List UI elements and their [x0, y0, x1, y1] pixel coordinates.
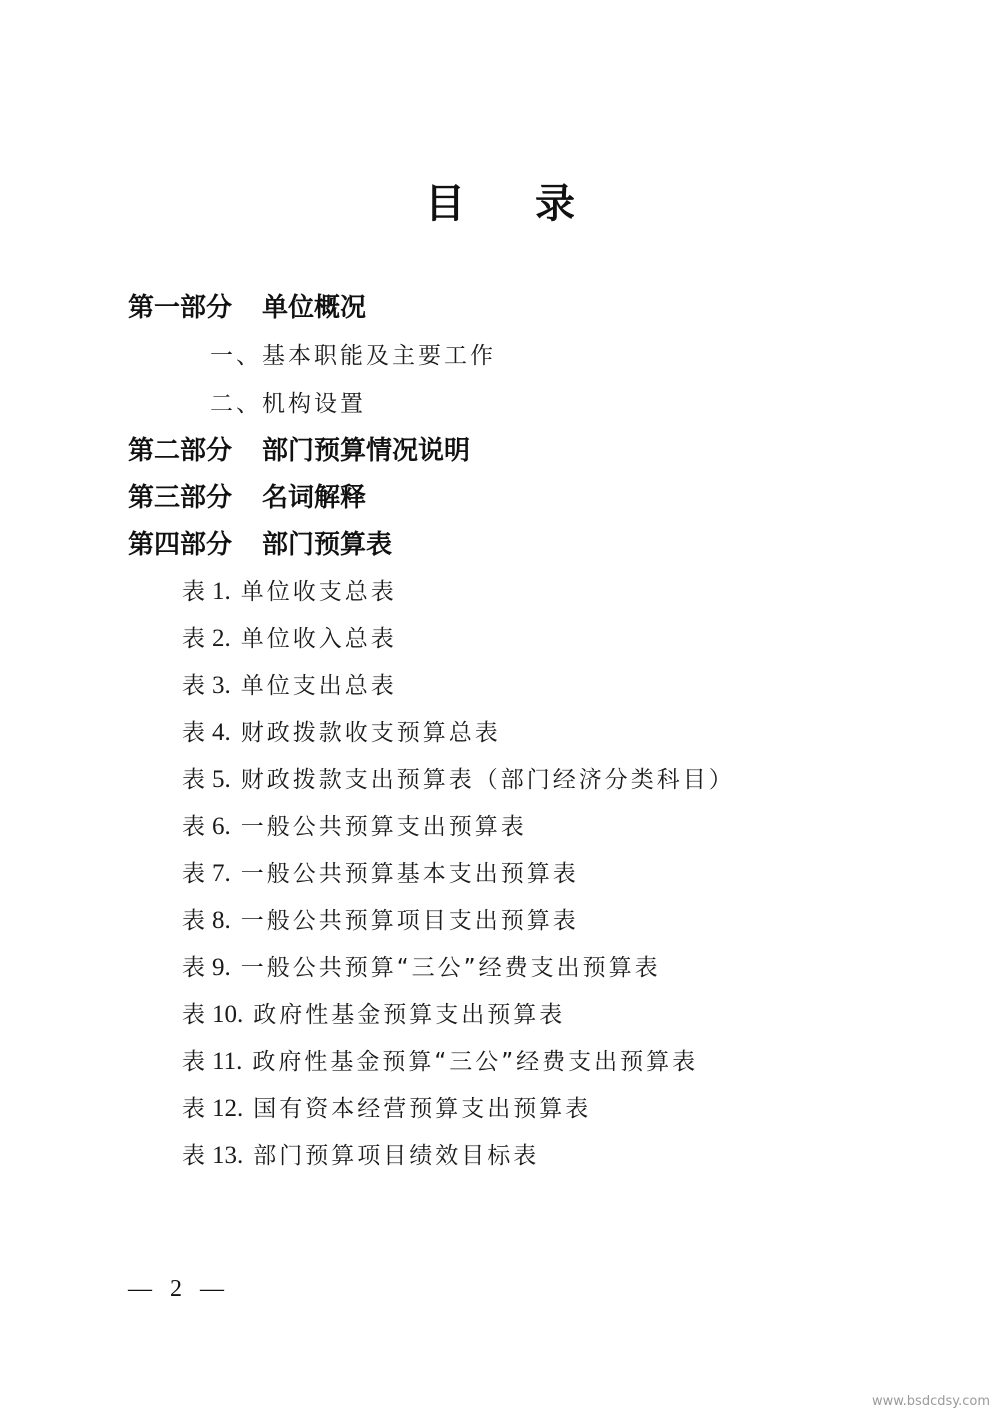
toc-table-13: 表13.部门预算项目绩效目标表 [182, 1136, 539, 1176]
table-number: 4. [212, 719, 231, 746]
table-label: 表 [182, 861, 208, 887]
toc-table-2: 表2.单位收入总表 [182, 619, 397, 659]
part-number: 第三部分 [128, 478, 262, 518]
part-title: 部门预算表 [262, 530, 392, 560]
table-number: 10. [212, 1001, 243, 1028]
part-number: 第二部分 [128, 431, 262, 471]
part-title: 单位概况 [262, 293, 366, 323]
table-label: 表 [182, 1143, 208, 1169]
page-title: 目 录 [0, 178, 1000, 230]
table-number: 2. [212, 625, 231, 652]
toc-table-9: 表9.一般公共预算“三公”经费支出预算表 [182, 948, 661, 988]
table-label: 表 [182, 955, 208, 981]
toc-subsection-2: 二、机构设置 [210, 384, 366, 424]
part-title: 名词解释 [262, 483, 366, 513]
toc-part-4: 第四部分部门预算表 [128, 525, 392, 565]
table-title: 单位收入总表 [241, 626, 397, 652]
table-title: 国有资本经营预算支出预算表 [253, 1096, 591, 1122]
page-number: — 2 — [128, 1276, 230, 1303]
toc-table-3: 表3.单位支出总表 [182, 666, 397, 706]
table-label: 表 [182, 908, 208, 934]
table-title: 财政拨款收支预算总表 [241, 720, 501, 746]
table-number: 12. [212, 1095, 243, 1122]
table-label: 表 [182, 1049, 208, 1075]
toc-table-5: 表5.财政拨款支出预算表（部门经济分类科目） [182, 760, 735, 800]
table-title: 单位收支总表 [241, 579, 397, 605]
table-number: 8. [212, 907, 231, 934]
toc-table-4: 表4.财政拨款收支预算总表 [182, 713, 501, 753]
table-title: 一般公共预算支出预算表 [241, 814, 527, 840]
toc-table-12: 表12.国有资本经营预算支出预算表 [182, 1089, 591, 1129]
watermark: www.bsdcdsy.com [872, 1394, 990, 1409]
table-number: 11. [212, 1048, 242, 1075]
toc-table-7: 表7.一般公共预算基本支出预算表 [182, 854, 579, 894]
toc-table-6: 表6.一般公共预算支出预算表 [182, 807, 527, 847]
table-number: 3. [212, 672, 231, 699]
part-number: 第一部分 [128, 288, 262, 328]
toc-subsection-1: 一、基本职能及主要工作 [210, 336, 496, 376]
part-number: 第四部分 [128, 525, 262, 565]
table-title: 财政拨款支出预算表（部门经济分类科目） [241, 767, 735, 793]
table-title: 一般公共预算项目支出预算表 [241, 908, 579, 934]
table-title: 部门预算项目绩效目标表 [253, 1143, 539, 1169]
table-label: 表 [182, 1096, 208, 1122]
toc-table-8: 表8.一般公共预算项目支出预算表 [182, 901, 579, 941]
table-label: 表 [182, 673, 208, 699]
toc-table-11: 表11.政府性基金预算“三公”经费支出预算表 [182, 1042, 698, 1082]
table-title: 政府性基金预算“三公”经费支出预算表 [252, 1049, 698, 1075]
table-title: 一般公共预算基本支出预算表 [241, 861, 579, 887]
table-number: 6. [212, 813, 231, 840]
toc-part-1: 第一部分单位概况 [128, 288, 366, 328]
table-number: 5. [212, 766, 231, 793]
table-label: 表 [182, 579, 208, 605]
table-label: 表 [182, 767, 208, 793]
table-label: 表 [182, 720, 208, 746]
table-label: 表 [182, 1002, 208, 1028]
table-label: 表 [182, 626, 208, 652]
table-title: 政府性基金预算支出预算表 [253, 1002, 565, 1028]
table-title: 单位支出总表 [241, 673, 397, 699]
table-title: 一般公共预算“三公”经费支出预算表 [241, 955, 661, 981]
table-number: 9. [212, 954, 231, 981]
toc-table-1: 表1.单位收支总表 [182, 572, 397, 612]
table-number: 13. [212, 1142, 243, 1169]
table-label: 表 [182, 814, 208, 840]
table-number: 7. [212, 860, 231, 887]
toc-table-10: 表10.政府性基金预算支出预算表 [182, 995, 565, 1035]
toc-part-2: 第二部分部门预算情况说明 [128, 431, 470, 471]
part-title: 部门预算情况说明 [262, 436, 470, 466]
table-number: 1. [212, 578, 231, 605]
toc-part-3: 第三部分名词解释 [128, 478, 366, 518]
